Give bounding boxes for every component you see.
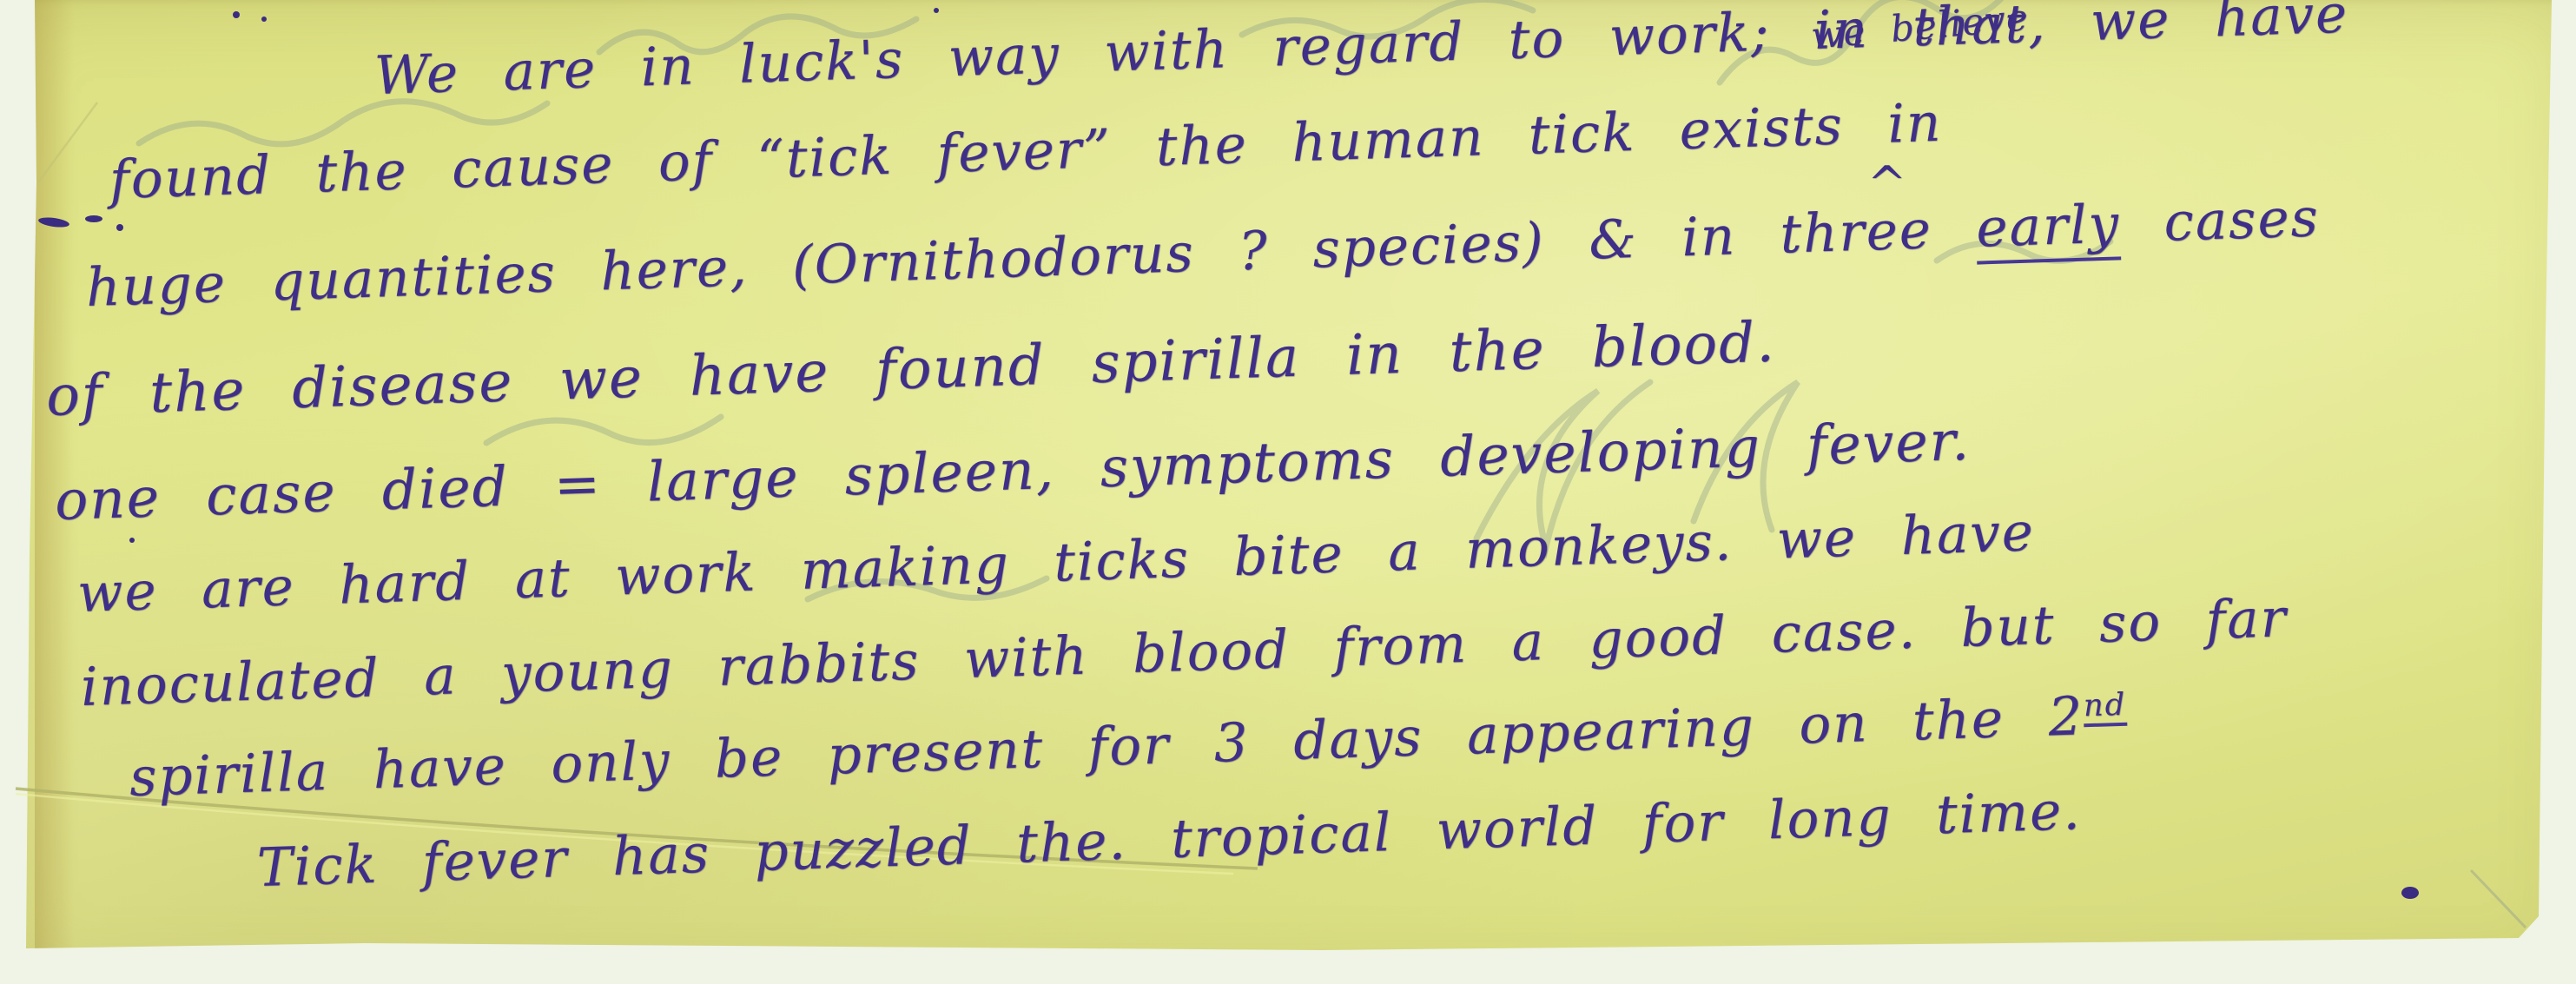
underlined-word-early: early <box>1975 193 2121 264</box>
line-3-segment: cases <box>2119 187 2321 254</box>
superscript-nd: nd <box>2083 686 2127 727</box>
scanned-letter-page: we believe We are in luck's way with reg… <box>0 0 2576 984</box>
